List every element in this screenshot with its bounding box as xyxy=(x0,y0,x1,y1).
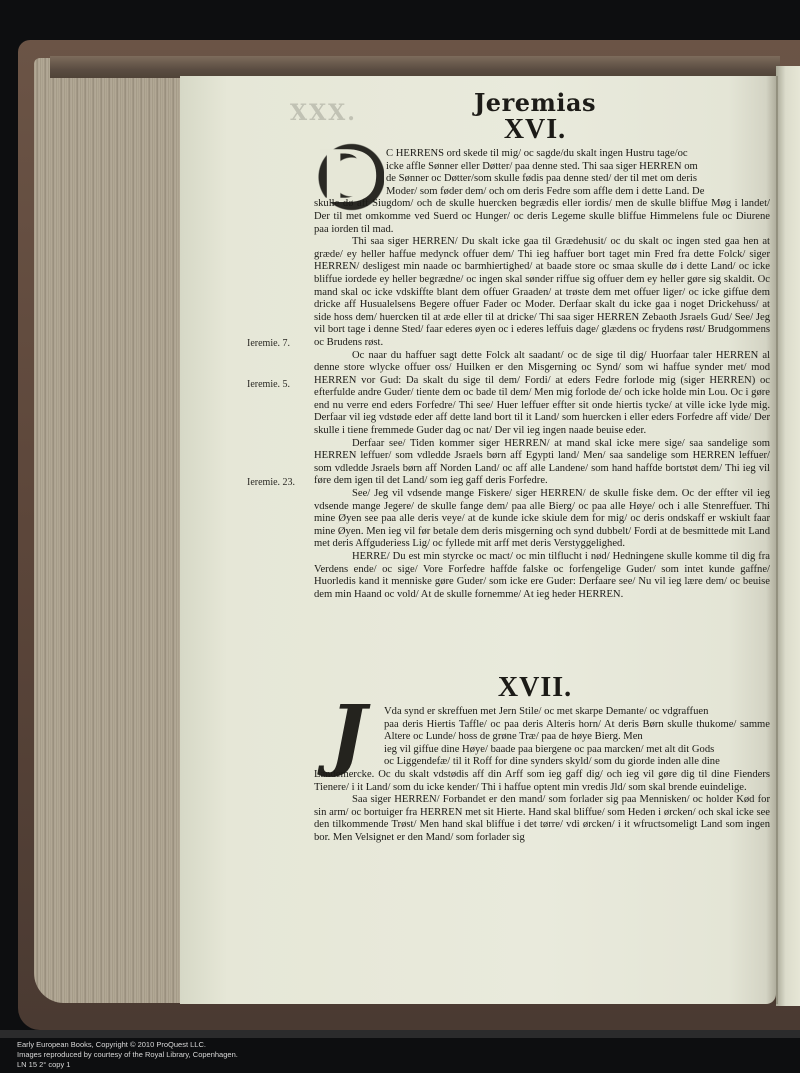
paragraph: Saa siger HERREN/ Forbandet er den mand/… xyxy=(314,794,770,844)
text-line: paa deris Hiertis Taffle/ oc paa deris A… xyxy=(384,719,770,744)
dropcap-lines: Vda synd er skreffuen met Jern Stile/ oc… xyxy=(314,706,770,769)
text-line: de Sønner oc Døtter/som skulle fødis paa… xyxy=(386,173,770,186)
paragraph: Derfaar see/ Tiden kommer siger HERREN/ … xyxy=(314,438,770,488)
page-edges-top xyxy=(50,56,780,78)
paragraph: skulle dø aff Siugdom/ och de skulle hue… xyxy=(314,198,770,236)
chapter-xvii-text: Vda synd er skreffuen met Jern Stile/ oc… xyxy=(314,706,770,845)
dropcap-lines: C HERRENS ord skede til mig/ oc sagde/du… xyxy=(314,148,770,198)
margin-note: Ieremie. 23. xyxy=(247,477,295,488)
paragraph: HERRE/ Du est min styrcke oc mact/ oc mi… xyxy=(314,551,770,601)
scan-viewer: XXX. Jeremias XVI. D C HERRENS ord skede… xyxy=(0,0,800,1073)
paragraph: Landemercke. Oc du skalt vdstødis aff di… xyxy=(314,769,770,794)
margin-note: Ieremie. 5. xyxy=(247,379,290,390)
text-line: icke affle Sønner eller Døtter/ paa denn… xyxy=(386,161,770,174)
text-line: Moder/ som føder dem/ och om deris Fedre… xyxy=(386,186,770,199)
footer-band xyxy=(0,1030,800,1038)
facing-page-edge xyxy=(776,66,800,1006)
footer-line: Early European Books, Copyright © 2010 P… xyxy=(17,1040,238,1050)
text-line: C HERRENS ord skede til mig/ oc sagde/du… xyxy=(386,148,770,161)
copyright-footer: Early European Books, Copyright © 2010 P… xyxy=(17,1040,238,1070)
running-title: Jeremias xyxy=(474,88,596,117)
margin-note: Ieremie. 7. xyxy=(247,338,290,349)
text-line: oc Liggendefæ/ til it Roff for dine synd… xyxy=(384,756,770,769)
page-header: Jeremias xyxy=(300,88,770,117)
text-line: ieg vil giffue dine Høye/ baade paa bier… xyxy=(384,744,770,757)
chapter-heading-xvii: XVII. xyxy=(300,672,770,704)
paragraph: See/ Jeg vil vdsende mange Fiskere/ sige… xyxy=(314,488,770,551)
paragraph: Oc naar du haffuer sagt dette Folck alt … xyxy=(314,350,770,438)
paragraph: Thi saa siger HERREN/ Du skalt icke gaa … xyxy=(314,236,770,349)
footer-line: Images reproduced by courtesy of the Roy… xyxy=(17,1050,238,1060)
text-line: Vda synd er skreffuen met Jern Stile/ oc… xyxy=(384,706,770,719)
footer-line: LN 15 2° copy 1 xyxy=(17,1060,238,1070)
page-edges-stack xyxy=(34,58,184,1003)
chapter-xvi-text: C HERRENS ord skede til mig/ oc sagde/du… xyxy=(314,148,770,601)
